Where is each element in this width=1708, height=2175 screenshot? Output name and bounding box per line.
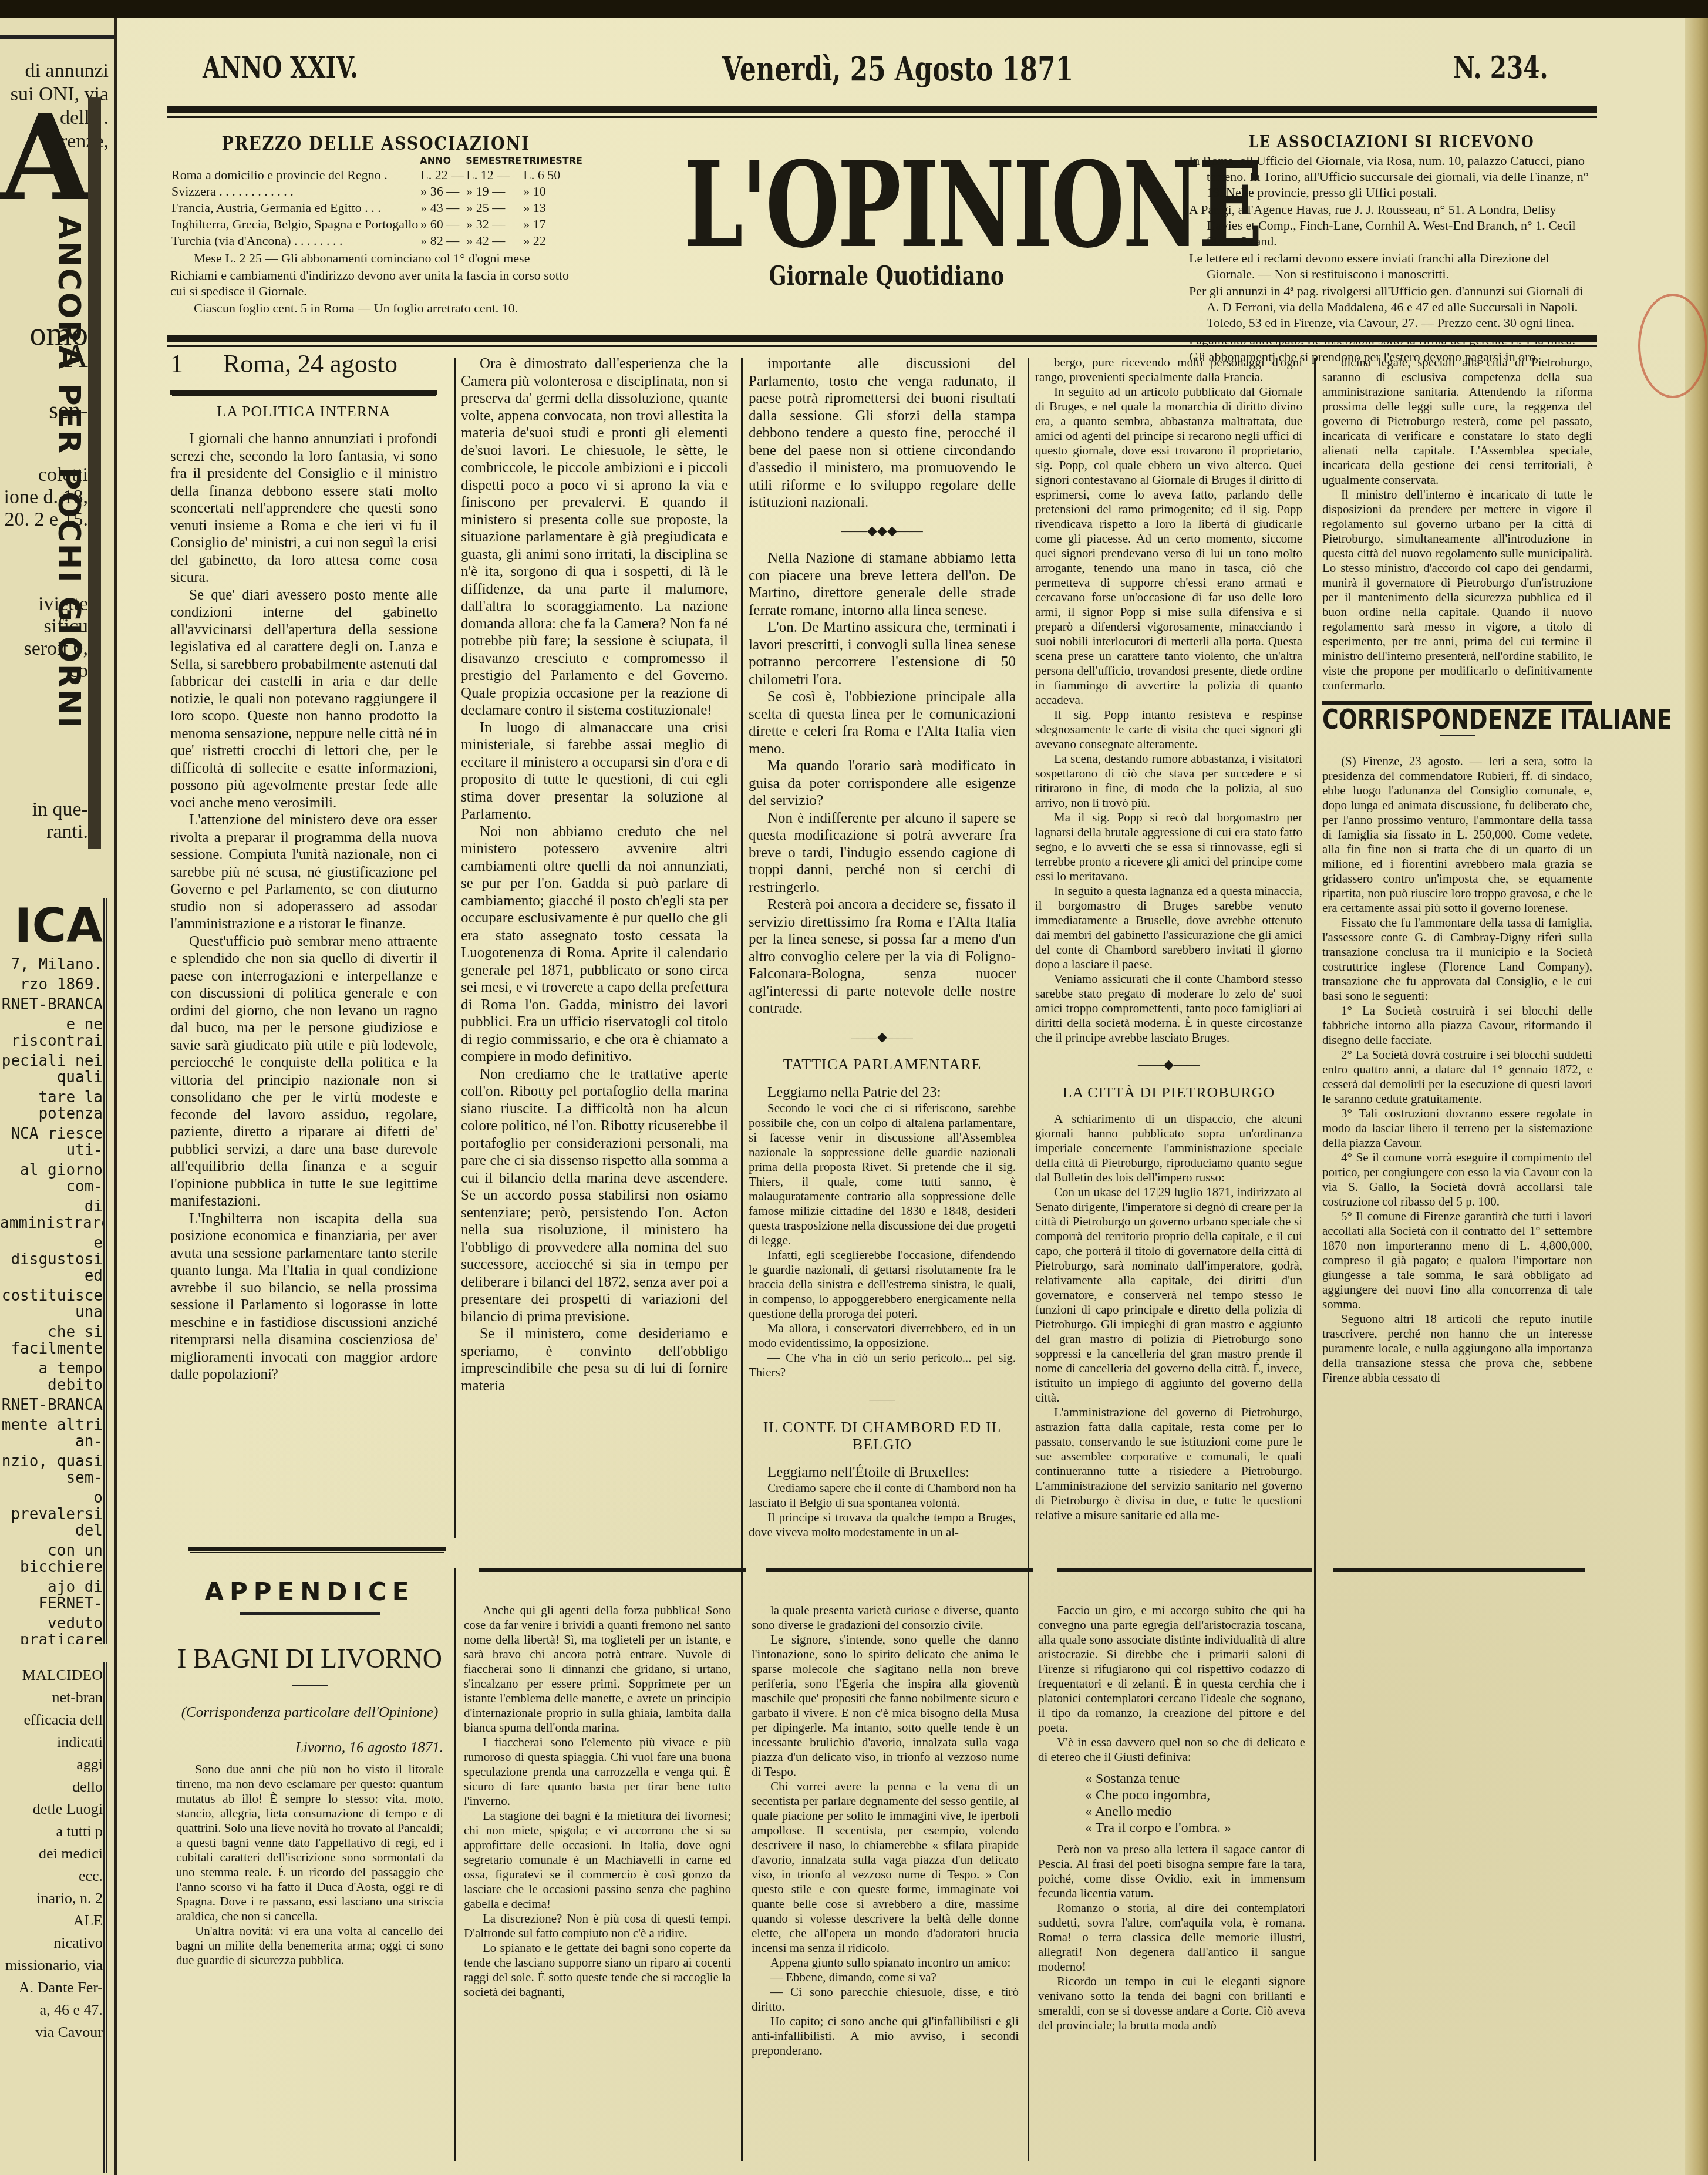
office-line: Per gli annunzi in 4ª pag. rivolgersi al… <box>1189 283 1594 331</box>
issue-number: N. 234. <box>1453 50 1548 86</box>
prices-table: ANNO SEMESTRE TRIMESTRE Roma a domicilio… <box>170 154 583 249</box>
ad-line: inario, n. 2 <box>0 1890 103 1907</box>
ad-line: mente altri an- <box>0 1417 103 1450</box>
price-cell-anno: » 60 — <box>419 216 465 233</box>
article-nazione: Nella Nazione di stamane abbiamo letta c… <box>749 550 1016 1018</box>
price-row: Turchia (via d'Ancona) . . . . . . . .» … <box>170 233 583 249</box>
newspaper-page: di annunzi sui ONI, via della . Firenze,… <box>0 18 1708 2175</box>
article-chambord: Crediamo sapere che il conte di Chambord… <box>749 1481 1016 1540</box>
article-body: I giornali che hanno annunziati i profon… <box>170 430 437 1383</box>
paragraph: A schiarimento di un dispaccio, che alcu… <box>1035 1112 1302 1185</box>
price-cell-trimestre: » 10 <box>522 183 583 200</box>
paragraph: Non è indifferente per alcuno il sapere … <box>749 810 1016 897</box>
paragraph: Ma quando l'orario sarà modificato in gu… <box>749 757 1016 810</box>
price-cell-trimestre: L. 6 50 <box>522 167 583 183</box>
paragraph: Fissato che fu l'ammontare della tassa d… <box>1322 915 1592 1004</box>
paragraph: L'attenzione del ministero deve ora esse… <box>170 812 437 933</box>
ad-line: dello <box>0 1778 103 1796</box>
section-heading-chambord: IL CONTE DI CHAMBORD ED IL BELGIO <box>749 1419 1016 1453</box>
tattica-intro: Leggiamo nella Patrie del 23: <box>749 1084 1016 1102</box>
article-body: bergo, pure ricevendo molti personaggi d… <box>1035 355 1302 1045</box>
paragraph: Ricordo un tempo in cui le eleganti sign… <box>1038 1974 1305 2033</box>
paragraph: L'amministrazione del governo di Pietrob… <box>1035 1405 1302 1523</box>
price-cell-region: Roma a domicilio e provincie del Regno . <box>170 167 419 183</box>
ad-line: net-bran <box>0 1689 103 1706</box>
ad-lines: 7, Milano.rzo 1869.RNET-BRANCAe ne risco… <box>0 957 103 1644</box>
appendice-column-1: APPENDICE I BAGNI DI LIVORNO (Corrispond… <box>176 1568 443 1968</box>
paragraph: Se il ministero, come desideriamo e sper… <box>461 1325 728 1395</box>
paragraph: Non crediamo che le trattative aperte co… <box>461 1066 728 1326</box>
appendice-body: Sono due anni che più non ho visto il li… <box>176 1762 443 1968</box>
ad-line: rzo 1869. <box>0 977 103 993</box>
appendice-body: Anche qui gli agenti della forza pubblic… <box>464 1603 731 1999</box>
ad-line: ajo di FERNET- <box>0 1579 103 1612</box>
subscription-offices: LE ASSOCIAZIONI SI RICEVONO In Roma, all… <box>1189 132 1594 366</box>
ad-title: ICA <box>0 898 103 953</box>
paragraph: Crediamo sapere che il conte di Chambord… <box>749 1481 1016 1510</box>
library-stamp <box>1638 294 1707 398</box>
ad-line: MALCIDEO <box>0 1666 103 1684</box>
section-heading-pietroburgo: LA CITTÀ DI PIETROBURGO <box>1035 1084 1302 1102</box>
year-label: ANNO XXIV. <box>203 50 358 85</box>
appendice-body: Faccio un giro, e mi accorgo subito che … <box>1038 1603 1305 1765</box>
section-heading-tattica: TATTICA PARLAMENTARE <box>749 1056 1016 1073</box>
column-divider <box>1314 358 1316 2161</box>
paragraph: Il principe si trovava da qualche tempo … <box>749 1510 1016 1540</box>
price-note-1: Mese L. 2 25 — Gli abbonamenti comincian… <box>170 250 581 266</box>
paragraph: 2° La Società dovrà costruire i sei bloc… <box>1322 1048 1592 1106</box>
masthead: L'OPINIONE Giornale Quotidiano <box>605 150 1168 291</box>
ad-line: di amministrare <box>0 1198 103 1231</box>
ad-line: via Cavour <box>0 2024 103 2041</box>
ad-line: indicati <box>0 1733 103 1751</box>
paragraph: Con un ukase del 17|29 luglio 1871, indi… <box>1035 1185 1302 1405</box>
paragraph: La discrezione? Non è più cosa di questi… <box>464 1911 731 1941</box>
column-3: importante alle discussioni del Parlamen… <box>749 355 1016 1540</box>
ad-line: RNET-BRANCA <box>0 1397 103 1413</box>
price-row: Francia, Austria, Germania ed Egitto . .… <box>170 200 583 216</box>
date-label: Venerdì, 25 Agosto 1871 <box>722 50 1073 89</box>
subscription-prices: PREZZO DELLE ASSOCIAZIONI ANNO SEMESTRE … <box>170 132 581 317</box>
paragraph: Però non va preso alla lettera il sagace… <box>1038 1842 1305 1901</box>
price-row: Inghilterra, Grecia, Belgio, Spagna e Po… <box>170 216 583 233</box>
ornament-divider: —— <box>749 1390 1016 1408</box>
paragraph: Il ministro dell'interno è incaricato di… <box>1322 487 1592 693</box>
paragraph: (S) Firenze, 23 agosto. — Ieri a sera, s… <box>1322 754 1592 915</box>
ad-line: a tutti p <box>0 1823 103 1840</box>
paragraph: Ma il sig. Popp si recò dal borgomastro … <box>1035 810 1302 884</box>
ad-line: e disgustosi ed <box>0 1235 103 1284</box>
ad-line: che si facilmente <box>0 1324 103 1357</box>
appendice-body: Però non va preso alla lettera il sagace… <box>1038 1842 1305 2033</box>
paragraph: — Ebbene, dimando, come si va? <box>752 1970 1019 1985</box>
chambord-intro: Leggiamo nell'Étoile di Bruxelles: <box>749 1464 1016 1482</box>
section-heading-corrispondenze: CORRISPONDENZE ITALIANE <box>1322 711 1544 729</box>
price-cell-anno: » 36 — <box>419 183 465 200</box>
paragraph: Un'altra novità: vi era una volta al can… <box>176 1924 443 1968</box>
paragraph: la quale presenta varietà curiose e dive… <box>752 1603 1019 1632</box>
price-cell-trimestre: » 13 <box>522 200 583 216</box>
price-cell-trimestre: » 17 <box>522 216 583 233</box>
paragraph: Lo spianato e le gettate dei bagni sono … <box>464 1941 731 1999</box>
article-body: importante alle discussioni del Parlamen… <box>749 355 1016 511</box>
short-rule <box>292 1685 328 1686</box>
article-pietroburgo: A schiarimento di un dispaccio, che alcu… <box>1035 1112 1302 1523</box>
price-cell-region: Inghilterra, Grecia, Belgio, Spagna e Po… <box>170 216 419 233</box>
paragraph: In seguito a questa lagnanza ed a questa… <box>1035 884 1302 972</box>
office-line: A Parigi, all'Agence Havas, rue J. J. Ro… <box>1189 201 1594 249</box>
paragraph: Anche qui gli agenti della forza pubblic… <box>464 1603 731 1735</box>
price-cell-semestre: » 42 — <box>465 233 522 249</box>
fernet-branca-ad: ICA 7, Milano.rzo 1869.RNET-BRANCAe ne r… <box>0 898 107 1644</box>
paragraph: Ho capito; ci sono anche qui gl'infallib… <box>752 2014 1019 2058</box>
paragraph: 3° Tali costruzioni dovranno essere rego… <box>1322 1106 1592 1150</box>
office-line: Le lettere ed i reclami devono essere in… <box>1189 250 1594 282</box>
newspaper-title: L'OPINIONE <box>683 150 1089 261</box>
paragraph: Chi vorrei avere la penna e la vena di u… <box>752 1779 1019 1955</box>
ad-line: 7, Milano. <box>0 957 103 973</box>
article-corrispondenze: (S) Firenze, 23 agosto. — Ieri a sera, s… <box>1322 754 1592 1385</box>
appendice-body: la quale presenta varietà curiose e dive… <box>752 1603 1019 2058</box>
price-row: Roma a domicilio e provincie del Regno .… <box>170 167 583 183</box>
column-1: 1 Roma, 24 agosto LA POLITICA INTERNA I … <box>170 355 437 1383</box>
ad-line: aggi <box>0 1756 103 1773</box>
poem-quote: « Sostanza tenue« Che poco ingombra,« An… <box>1085 1770 1305 1836</box>
ad-line: veduto praticare <box>0 1615 103 1644</box>
paragraph: Ora è dimostrato dall'esperienza che la … <box>461 355 728 719</box>
ad-line: al giorno com- <box>0 1162 103 1195</box>
paragraph: Resterà poi ancora a decidere se, fissat… <box>749 896 1016 1018</box>
appendice-column-3: la quale presenta varietà curiose e dive… <box>752 1603 1019 2058</box>
price-row: Svizzera . . . . . . . . . . . .» 36 —» … <box>170 183 583 200</box>
article-tattica: Secondo le voci che ci si riferiscono, s… <box>749 1101 1016 1380</box>
paragraph: bergo, pure ricevendo molti personaggi d… <box>1035 355 1302 385</box>
ornament-divider: ——◆—— <box>1035 1056 1302 1073</box>
page-number: 1 <box>170 355 183 373</box>
ad-line: ecc. <box>0 1867 103 1885</box>
price-cell-region: Svizzera . . . . . . . . . . . . <box>170 183 419 200</box>
col-header-trimestre: TRIMESTRE <box>522 154 583 167</box>
price-cell-semestre: » 32 — <box>465 216 522 233</box>
column-divider <box>454 1568 456 2161</box>
ad-line: A. Dante Fer- <box>0 1979 103 1996</box>
price-cell-region: Francia, Austria, Germania ed Egitto . .… <box>170 200 419 216</box>
paragraph: Faccio un giro, e mi accorgo subito che … <box>1038 1603 1305 1735</box>
appendice-rule <box>1057 1568 1312 1572</box>
price-cell-semestre: » 19 — <box>465 183 522 200</box>
prices-title: PREZZO DELLE ASSOCIAZIONI <box>201 132 551 154</box>
appendice-dateline: Livorno, 16 agosto 1871. <box>176 1739 443 1757</box>
strip-vertical-ad: ANCORA PER POCHI GIORNI <box>48 97 89 849</box>
paragraph: Il sig. Popp intanto resisteva e respins… <box>1035 708 1302 752</box>
paragraph: Se così è, l'obbiezione principale alla … <box>749 688 1016 757</box>
ad-line: tare la potenza <box>0 1089 103 1122</box>
column-2: Ora è dimostrato dall'esperienza che la … <box>461 355 728 1395</box>
adjacent-page-strip: di annunzi sui ONI, via della . Firenze,… <box>0 18 117 2175</box>
strip-ad-bottom: MALCIDEOnet-branefficacia dellindicatiag… <box>0 1662 107 2173</box>
column-divider <box>454 358 456 1538</box>
ad-line: RNET-BRANCA <box>0 996 103 1013</box>
ornament-divider: ——◆—— <box>749 1028 1016 1046</box>
paragraph: importante alle discussioni del Parlamen… <box>749 355 1016 511</box>
ad-line: o prevalersi del <box>0 1490 103 1539</box>
column-5: dicina legale, speciali alla città di Pi… <box>1322 355 1592 1385</box>
ad-line: NCA riesce uti- <box>0 1126 103 1159</box>
column-divider <box>741 358 743 2161</box>
section-heading-politica-interna: LA POLITICA INTERNA <box>170 403 437 420</box>
col-header-semestre: SEMESTRE <box>465 154 522 167</box>
ad-line: ALE <box>0 1912 103 1930</box>
paragraph: Le signore, s'intende, sono quelle che d… <box>752 1632 1019 1779</box>
appendice-byline: (Corrispondenza particolare dell'Opinion… <box>176 1704 443 1722</box>
appendice-column-2: Anche qui gli agenti della forza pubblic… <box>464 1603 731 1999</box>
paragraph: Romanzo o storia, al dire dei contemplat… <box>1038 1901 1305 1974</box>
paragraph: I giornali che hanno annunziati i profon… <box>170 430 437 587</box>
ad-line: a tempo debito <box>0 1361 103 1393</box>
ad-line: e ne riscontrai <box>0 1016 103 1049</box>
appendice-rule <box>766 1568 1033 1572</box>
paragraph: L'on. De Martino assicura che, terminati… <box>749 619 1016 688</box>
appendice-title: I BAGNI DI LIVORNO <box>176 1650 443 1668</box>
paragraph: Se que' diari avessero posto mente alle … <box>170 587 437 812</box>
appendice-rule <box>479 1568 746 1572</box>
ad-line: peciali nei quali <box>0 1053 103 1086</box>
header-rule <box>167 106 1597 113</box>
paragraph: In luogo di almanaccare una crisi minist… <box>461 719 728 823</box>
paragraph: Quest'ufficio può sembrar meno attraente… <box>170 933 437 1210</box>
header-rule-thin <box>167 116 1597 118</box>
appendice-label: APPENDICE <box>176 1583 443 1601</box>
masthead-rule <box>167 335 1597 342</box>
strip-vertical-bar <box>88 97 101 849</box>
article-body: Ora è dimostrato dall'esperienza che la … <box>461 355 728 1395</box>
short-rule <box>240 1612 380 1615</box>
price-cell-trimestre: » 22 <box>522 233 583 249</box>
price-cell-semestre: L. 12 — <box>465 167 522 183</box>
section-rule <box>170 390 437 395</box>
office-line: In Roma, all Ufficio del Giornale, via R… <box>1189 153 1594 200</box>
paragraph: V'è in essa davvero quel non so che di d… <box>1038 1735 1305 1765</box>
price-cell-anno: » 82 — <box>419 233 465 249</box>
appendice-rule <box>188 1547 446 1551</box>
paragraph: Sono due anni che più non ho visto il li… <box>176 1762 443 1924</box>
ad-line: efficacia dell <box>0 1711 103 1729</box>
verse-line: « Sostanza tenue <box>1085 1770 1305 1787</box>
paragraph: Appena giunto sullo spianato incontro un… <box>752 1955 1019 1970</box>
paragraph: Infatti, egli sceglierebbe l'occasione, … <box>749 1248 1016 1321</box>
ad-line: con un bicchiere <box>0 1543 103 1575</box>
paragraph: dicina legale, speciali alla città di Pi… <box>1322 355 1592 487</box>
paragraph: Veniamo assicurati che il conte Chambord… <box>1035 972 1302 1045</box>
price-note-3: Ciascun foglio cent. 5 in Roma — Un fogl… <box>170 300 581 316</box>
price-cell-semestre: » 25 — <box>465 200 522 216</box>
dateline: 1 Roma, 24 agosto <box>170 355 437 373</box>
ad-line: detle Luogi <box>0 1800 103 1818</box>
masthead-rule-thin <box>167 345 1597 347</box>
verse-line: « Che poco ingombra, <box>1085 1787 1305 1803</box>
ad-line: missionario, via <box>0 1957 103 1974</box>
ad-line: dei medici <box>0 1845 103 1863</box>
ad-line: nicativo <box>0 1934 103 1952</box>
paragraph: 5° Il comune di Firenze garantirà che tu… <box>1322 1209 1592 1312</box>
paragraph: 1° La Società costruirà i sei blocchi de… <box>1322 1004 1592 1048</box>
ad-line: nzio, quasi sem- <box>0 1453 103 1486</box>
verse-line: « Anello medio <box>1085 1803 1305 1820</box>
appendice-column-4: Faccio un giro, e mi accorgo subito che … <box>1038 1603 1305 2033</box>
paragraph: Secondo le voci che ci si riferiscono, s… <box>749 1101 1016 1248</box>
newspaper-subtitle: Giornale Quotidiano <box>661 261 1112 291</box>
paragraph: 4° Se il comune vorrà eseguire il compim… <box>1322 1150 1592 1209</box>
ad-lines: MALCIDEOnet-branefficacia dellindicatiag… <box>0 1666 103 2041</box>
paragraph: — Ci sono parecchie chiesuole, disse, e … <box>752 1985 1019 2014</box>
price-cell-anno: » 43 — <box>419 200 465 216</box>
ornament-divider: ——◆◆◆—— <box>749 522 1016 540</box>
paragraph: L'Inghilterra non iscapita della sua pos… <box>170 1210 437 1383</box>
paragraph: Nella Nazione di stamane abbiamo letta c… <box>749 550 1016 619</box>
price-cell-anno: L. 22 — <box>419 167 465 183</box>
col-header-anno: ANNO <box>419 154 465 167</box>
offices-title: LE ASSOCIAZIONI SI RICEVONO <box>1219 132 1564 151</box>
verse-line: « Tra il corpo e l'ombra. » <box>1085 1820 1305 1836</box>
paragraph: La stagione dei bagni è la mietitura dei… <box>464 1809 731 1911</box>
paragraph: Ma allora, i conservatori diverrebbero, … <box>749 1321 1016 1351</box>
ad-line: costituisce una <box>0 1288 103 1321</box>
offices-lines: In Roma, all Ufficio del Giornale, via R… <box>1189 153 1594 365</box>
paragraph: In seguito ad un articolo pubblicato dal… <box>1035 385 1302 708</box>
appendice-rule <box>1333 1568 1585 1572</box>
paragraph: La scena, destando rumore abbastanza, i … <box>1035 752 1302 810</box>
ad-line: a, 46 e 47. <box>0 2001 103 2019</box>
paragraph: I fiaccherai sono l'elemento più vivace … <box>464 1735 731 1809</box>
paragraph: — Che v'ha in ciò un serio pericolo... p… <box>749 1351 1016 1380</box>
column-4: bergo, pure ricevendo molti personaggi d… <box>1035 355 1302 1523</box>
price-cell-region: Turchia (via d'Ancona) . . . . . . . . <box>170 233 419 249</box>
paragraph: Noi non abbiamo creduto che nel minister… <box>461 823 728 1066</box>
price-note-2: Richiami e cambiamenti d'indirizzo devon… <box>170 267 581 299</box>
column-divider <box>1028 358 1029 2161</box>
paragraph: Seguono altri 18 articoli che reputo inu… <box>1322 1312 1592 1385</box>
article-body: dicina legale, speciali alla città di Pi… <box>1322 355 1592 693</box>
